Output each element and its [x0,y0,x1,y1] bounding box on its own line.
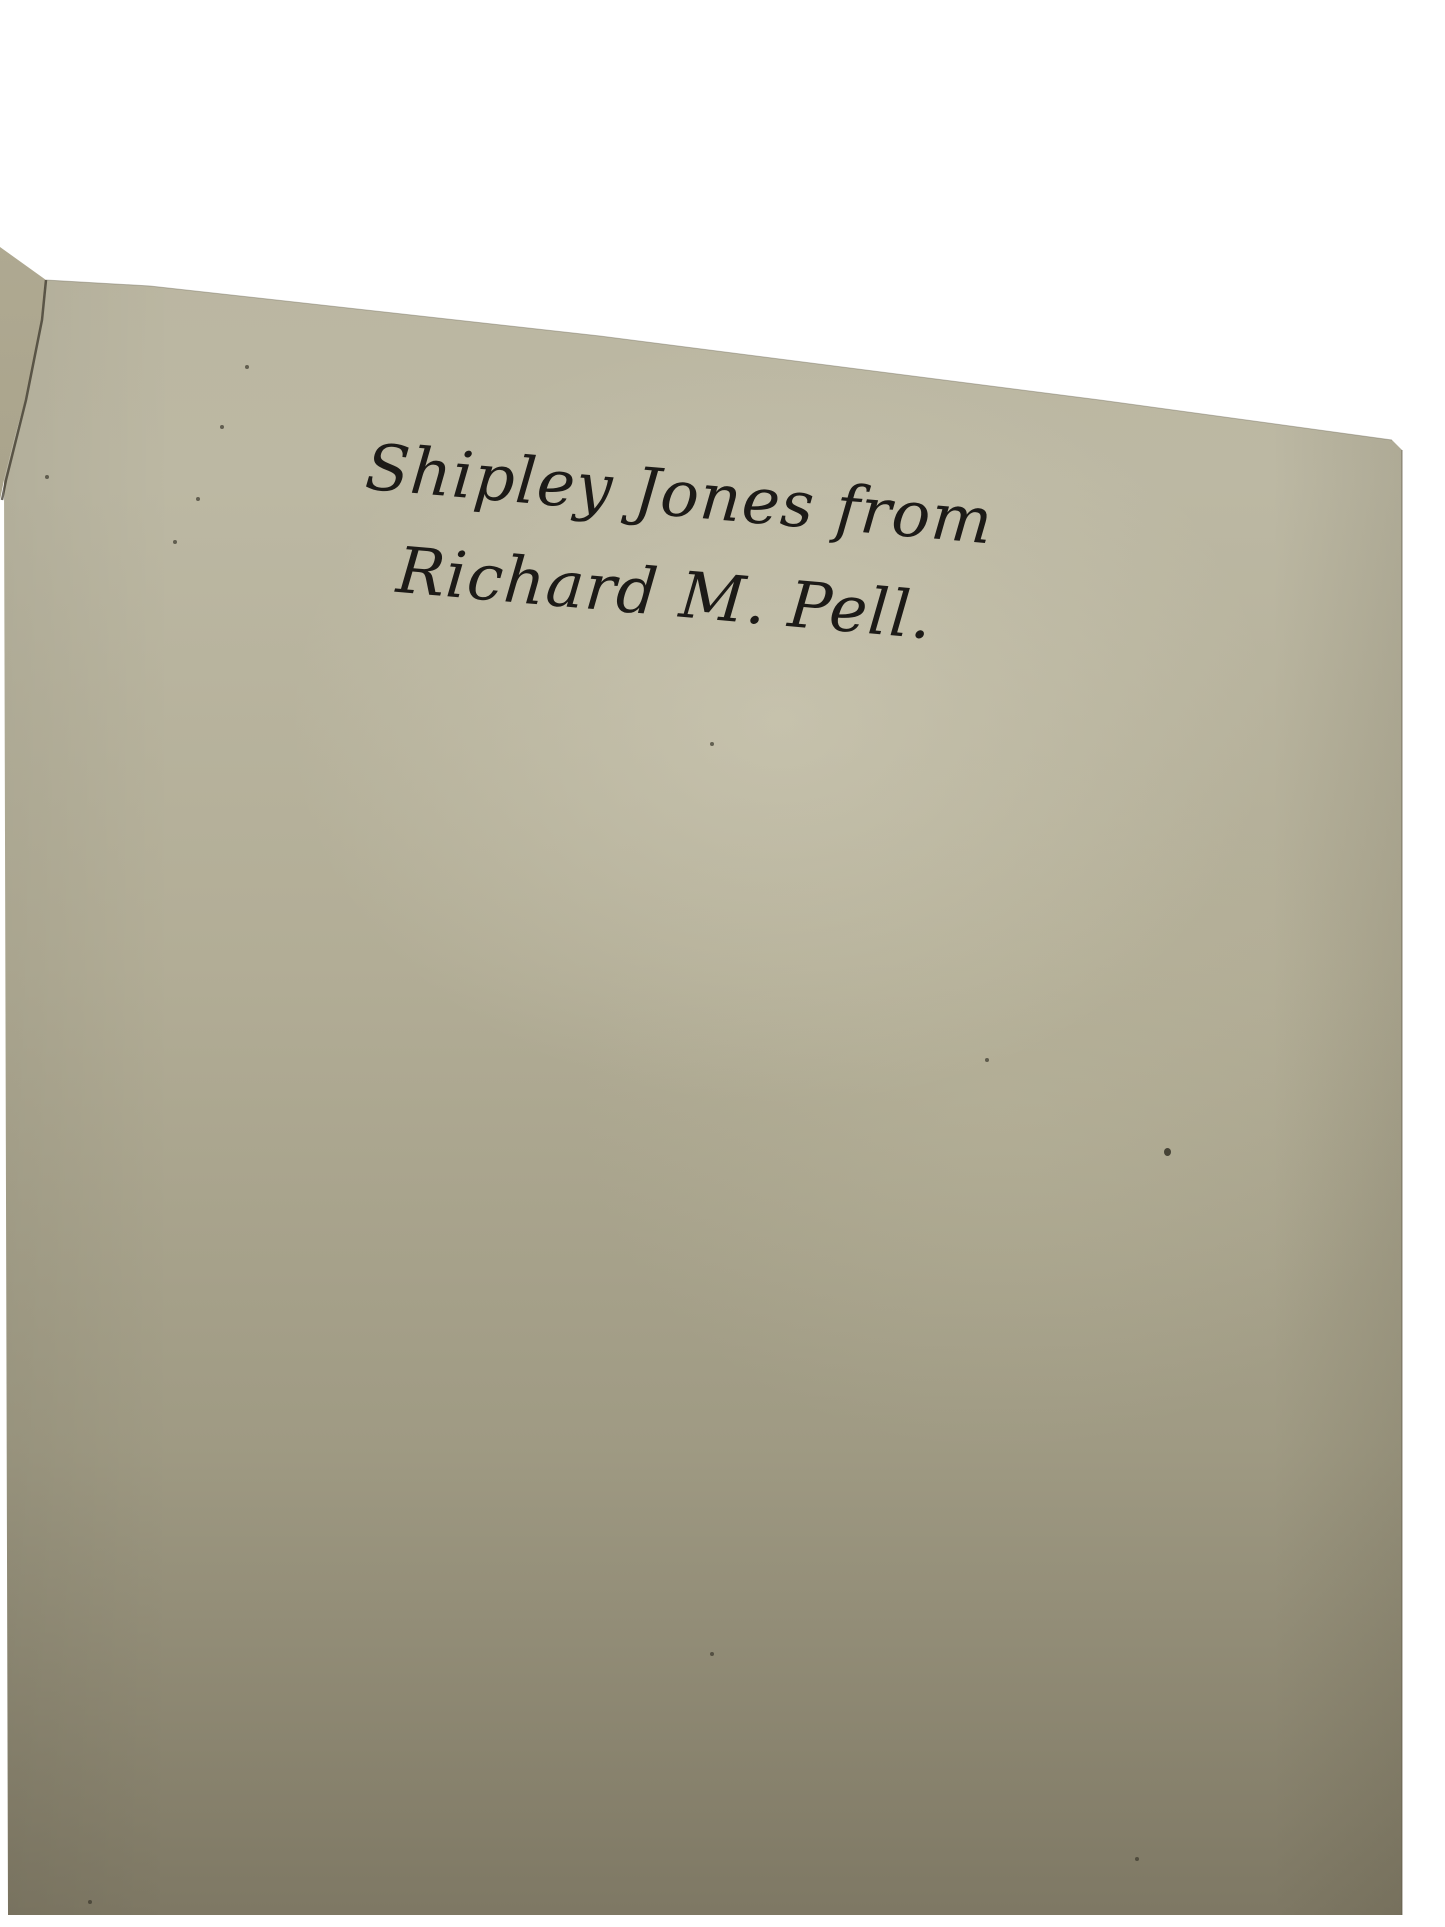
paper-speck [710,1652,714,1656]
paper-speck [710,742,714,746]
paper-speck [88,1900,92,1904]
paper-speck [1135,1857,1139,1861]
inscription-line-2: Richard M. Pell. [394,534,936,655]
photo-scene: Shipley Jones from Richard M. Pell. [0,0,1445,1927]
paper-speck [45,475,49,479]
paper-speck [985,1058,989,1062]
paper-speck [1164,1148,1171,1156]
paper-speck [173,540,177,544]
paper-speck [196,497,200,501]
paper-speck [245,365,249,369]
paper-speck [220,425,224,429]
flyleaf-page [0,0,1445,1927]
